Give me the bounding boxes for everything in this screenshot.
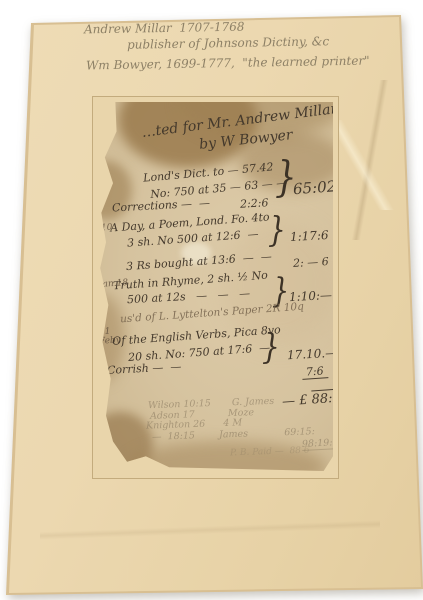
total-currency-prefix: — £ (282, 393, 313, 410)
brace-icon: } (268, 213, 286, 248)
paper-crease (40, 470, 380, 590)
brace-icon: } (262, 330, 280, 365)
entry-corrections-label: Corrections — — (112, 197, 210, 213)
entry-corrish-amount: 7:6 (302, 365, 329, 380)
entry-reams-amount: 2: — 6 (293, 256, 329, 269)
entry-corrections-amount: 2:2:6 (240, 197, 269, 209)
entry-day-poem-amount: 1:17:6 (290, 229, 329, 243)
entry-corrish-label: Corrish — — (107, 361, 182, 376)
entry-dictionary-amount: 65:02:— (293, 178, 333, 197)
entry-truth-desc2: 500 at 12s — — — (127, 288, 251, 305)
footer-pencil-scrawl: P. B. Paid — 88 6 (230, 447, 310, 459)
total-value: 88:17:6 (311, 387, 333, 407)
backing-sheet-shadow: Andrew Millar 1707-1768 publisher of Joh… (0, 0, 423, 600)
paper-crease (330, 80, 410, 240)
annotation-bowyer: Wm Bowyer, 1699-1777, "the learned print… (86, 54, 370, 73)
annotation-millar-role: publisher of Johnsons Dictiny, &c (127, 34, 329, 52)
manuscript-paper: …ted for Mr. Andrew Millar by W Bowyer L… (99, 102, 333, 471)
entry-verbs-amount: 17.10.— (287, 347, 333, 362)
backing-sheet: Andrew Millar 1707-1768 publisher of Joh… (0, 0, 423, 600)
